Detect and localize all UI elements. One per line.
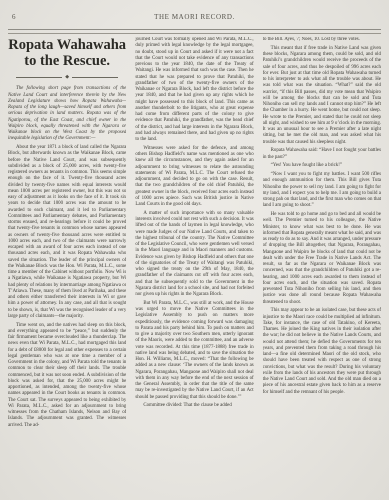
paragraph: “Now I want you to fight my battles. I w… — [263, 172, 381, 210]
divider-line-left — [16, 77, 62, 78]
paragraph: Time went on, and the natives had sleep … — [8, 323, 126, 429]
paragraph: But Wi Parata, M.L.C., was still at work… — [135, 301, 253, 401]
column-3: to the Bill. Ayes, 7; Noes, 10. Lost by … — [263, 37, 381, 494]
article-title: Ropata Wahawaha to the Rescue. — [8, 38, 126, 69]
paragraph: This may appear to be an isolated case, … — [263, 308, 381, 396]
article-title-line1: Ropata Wahawaha — [8, 38, 126, 54]
journal-title: THE MAORI RECORD. — [10, 13, 379, 21]
paragraph: Committee divided: That the clause be ad… — [135, 403, 253, 409]
paragraph: “Yes! You have fought like a brick!” — [263, 163, 381, 169]
column-1-text: The following short page from transactio… — [8, 86, 126, 429]
paragraph: journed Court was formally opened and Wi… — [135, 37, 253, 143]
paragraph: to the Bill. Ayes, 7; Noes, 10. Lost by … — [263, 37, 381, 43]
paragraph: He was told to go home and go to bed and… — [263, 212, 381, 306]
column-2-text: journed Court was formally opened and Wi… — [135, 37, 253, 410]
title-divider: ◆ — [16, 75, 118, 80]
column-3-text: to the Bill. Ayes, 7; Noes, 10. Lost by … — [263, 37, 381, 396]
page-header: 6 THE MAORI RECORD. — [10, 13, 379, 25]
journal-page: 6 THE MAORI RECORD. Ropata Wahawaha to t… — [0, 0, 389, 500]
divider-ornament-icon: ◆ — [65, 75, 69, 80]
header-double-rule — [8, 29, 381, 34]
article-body: Ropata Wahawaha to the Rescue. ◆ The fol… — [8, 37, 381, 494]
paragraph: A matter of such importance with so many… — [135, 211, 253, 299]
paragraph: Ropata Wahawaha said: “Have I not fought… — [263, 148, 381, 161]
divider-line-right — [72, 77, 118, 78]
paragraph: The following short page from transactio… — [8, 86, 126, 142]
paragraph: Witnesses were asked for the defence, an… — [135, 146, 253, 209]
article-title-line2: to the Rescue. — [8, 54, 126, 70]
column-1: Ropata Wahawaha to the Rescue. ◆ The fol… — [8, 37, 126, 494]
column-2: journed Court was formally opened and Wi… — [135, 37, 253, 494]
paragraph: This meant that if free trade in Native … — [263, 46, 381, 146]
paragraph: About the year 1871 a block of land call… — [8, 145, 126, 320]
